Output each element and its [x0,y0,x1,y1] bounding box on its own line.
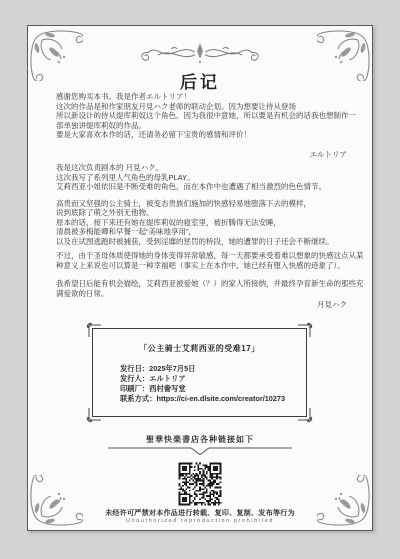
box-corner-icon [86,322,102,338]
script-note-paragraph: 我是这次负责剧本的 月見ハク。 这次我写了系列里人气角色的母乳PLAY。 艾莉西… [56,163,347,192]
text-line: 感谢您购买本书。我是作者エルトリア！ [56,92,347,102]
text-line: 以及在试图逃跑时被捕获，受到淫靡的惩罚的桥段，她的遭罪的日子还会不断继续。 [56,237,347,247]
copyright-warning-en: Unauthorized reproduction prohibited [28,518,372,524]
text-line: 所以新设计的侍从缇库莉奴这个角色。因为我很中意她，所以要是有机会的话我也想制作一 [56,111,347,121]
links-header: 聖華快楽書店各种链接如下 [28,434,372,445]
text-line: 原本的话，接下来还有她在缇库莉奴的寝室里，被折腾得无法安睡， [56,218,347,228]
copyright-warning: 未经许可严禁对本作品进行转载、复印、复制、发布等行为 [28,508,372,518]
text-line: 高贵而又坚强的公主骑士，被变态贵族们施加的快感轻易地堕落下去的模样， [56,199,347,209]
text-line: 这次的作品是和作家朋友月見ハク老师的联动企划。因为想要让侍从登场 [56,102,347,112]
box-corner-icon [297,407,313,423]
text-line: 艾莉西亚小姐依旧是不断受难的角色，而在本作中也遭遇了相当激烈的色色情节。 [56,182,347,192]
page-title: 后记 [28,68,372,93]
text-line: 我希望日后能有机会描绘，艾莉西亚被爱她（？）的家人所接纳，并最终孕育新生命的那些… [56,279,347,289]
script-note-paragraph: 我希望日后能有机会描绘，艾莉西亚被爱她（？）的家人所接纳，并最终孕育新生命的那些… [56,279,347,298]
text-line: 我是这次负责剧本的 月見ハク。 [56,163,347,173]
text-line: 说到底除了萌之外别无他物。 [56,208,347,218]
publication-info: 发行日：2025年7月5日 发行人：エルトリア 印刷厂：西村誊写堂 联系方式：h… [120,364,306,404]
text-line: 种意义上来说也可以算是一种幸福吧（事实上在本作中，她已经有堕入快感的迹象了）。 [56,261,347,271]
text-line: 部单独讲缇库莉奴的作品。 [56,121,347,131]
author-signature: エルトリア [56,150,347,160]
printer: 印刷厂：西村誊写堂 [120,384,306,394]
script-note-paragraph: 不过，由于圣母体质使得她的身体变得异常敏感，每一天都要承受着难以想象的快感这点从… [56,251,347,270]
contact-url: 联系方式：https://ci-en.dlsite.com/creator/10… [120,394,306,404]
scanned-afterword-page: { "colors": { "background": "#d3d3d3", "… [0,0,400,559]
publisher: 发行人：エルトリア [120,374,306,384]
qr-code [177,461,223,507]
text-line: 清晨被多梅能卿和早餐一起“美味地享用”， [56,227,347,237]
author-note: 感谢您购买本书。我是作者エルトリア！ 这次的作品是和作家朋友月見ハク老师的联动企… [56,92,347,140]
scriptwriter-signature: 月見ハク [56,300,347,310]
publication-date: 发行日：2025年7月5日 [120,364,306,374]
colophon-box: 「公主骑士艾莉西亚的受难17」 发行日：2025年7月5日 发行人：エルトリア … [92,328,307,417]
text-line: 不过，由于圣母体质使得她的身体变得异常敏感，每一天都要承受着难以想象的快感这点从… [56,251,347,261]
box-corner-icon [86,407,102,423]
afterword-text: 感谢您购买本书。我是作者エルトリア！ 这次的作品是和作家朋友月見ハク老师的联动企… [56,92,347,310]
divider-flourish-icon [137,40,263,66]
book-title: 「公主骑士艾莉西亚的受难17」 [93,343,306,354]
text-line: 满爱欲的日常。 [56,289,347,299]
box-corner-icon [297,322,313,338]
afterword-page: 后记 感谢您购买本书。我是作者エルトリア！ 这次的作品是和作家朋友月見ハク老师的… [27,25,373,531]
arrow-down-divider-icon [108,447,292,456]
text-line: 要是大家喜欢本作的话，还请务必留下宝贵的感情和评价！ [56,130,347,140]
text-line: 这次我写了系列里人气角色的母乳PLAY。 [56,173,347,183]
script-note-paragraph: 高贵而又坚强的公主骑士，被变态贵族们施加的快感轻易地堕落下去的模样， 说到底除了… [56,199,347,247]
